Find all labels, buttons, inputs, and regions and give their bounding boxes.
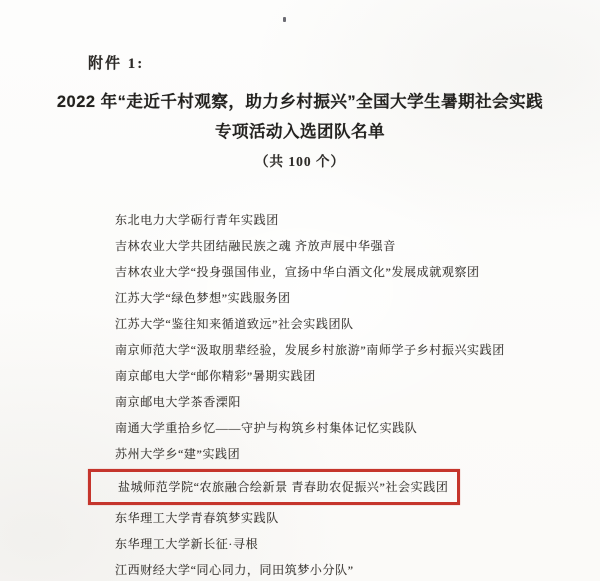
team-name: 南京邮电大学“邮你精彩”暑期实践团 [115, 369, 316, 383]
team-list-item: 苏州大学乡“建”实践团 [115, 441, 580, 467]
scan-artifact-dot [283, 17, 286, 22]
document-title-line1: 2022 年“走近千村观察，助力乡村振兴”全国大学生暑期社会实践 [0, 88, 600, 112]
team-name: 苏州大学乡“建”实践团 [115, 447, 240, 461]
team-list-item: 东华理工大学青春筑梦实践队 [115, 505, 580, 531]
team-name: 东华理工大学青春筑梦实践队 [115, 511, 279, 525]
team-list-item: 吉林农业大学“投身强国伟业，宣扬中华白酒文化”发展成就观察团 [115, 259, 580, 285]
team-name: 南通大学重拾乡忆——守护与构筑乡村集体记忆实践队 [115, 421, 417, 435]
team-list-item: 江苏大学“绿色梦想”实践服务团 [115, 285, 580, 311]
team-list-item: 东北电力大学砺行青年实践团 [115, 207, 580, 233]
team-list-item: 南京师范大学“汲取朋辈经验，发展乡村旅游”南师学子乡村振兴实践团 [115, 337, 580, 363]
team-name: 南京师范大学“汲取朋辈经验，发展乡村旅游”南师学子乡村振兴实践团 [115, 343, 505, 357]
team-name: 东华理工大学新长征·寻根 [115, 537, 258, 551]
team-list: 东北电力大学砺行青年实践团 吉林农业大学共团结融民族之魂 齐放声展中华强音 吉林… [115, 207, 580, 581]
team-list-item: 吉林农业大学共团结融民族之魂 齐放声展中华强音 [115, 233, 580, 259]
team-list-item-highlighted: 盐城师范学院“农旅融合绘新景 青春助农促振兴”社会实践团 [115, 467, 580, 505]
team-name: 江苏大学“绿色梦想”实践服务团 [115, 291, 291, 305]
team-name: 南京邮电大学茶香溧阳 [115, 395, 241, 409]
team-count-note: （共 100 个） [0, 150, 600, 170]
team-name: 江苏大学“鉴往知来循道致远”社会实践团队 [115, 317, 354, 331]
team-name: 盐城师范学院“农旅融合绘新景 青春助农促振兴”社会实践团 [118, 480, 448, 494]
team-list-item: 东华理工大学新长征·寻根 [115, 531, 580, 557]
team-list-item: 江西财经大学“同心同力，同田筑梦小分队” [115, 557, 580, 581]
attachment-label: 附件 1: [88, 52, 144, 73]
team-list-item: 江苏大学“鉴往知来循道致远”社会实践团队 [115, 311, 580, 337]
team-name: 吉林农业大学“投身强国伟业，宣扬中华白酒文化”发展成就观察团 [115, 265, 480, 279]
team-list-item: 南京邮电大学“邮你精彩”暑期实践团 [115, 363, 580, 389]
team-list-item: 南通大学重拾乡忆——守护与构筑乡村集体记忆实践队 [115, 415, 580, 441]
highlight-box: 盐城师范学院“农旅融合绘新景 青春助农促振兴”社会实践团 [88, 469, 460, 505]
document-page: 附件 1: 2022 年“走近千村观察，助力乡村振兴”全国大学生暑期社会实践 专… [0, 0, 600, 581]
team-name: 江西财经大学“同心同力，同田筑梦小分队” [115, 563, 354, 577]
team-name: 吉林农业大学共团结融民族之魂 齐放声展中华强音 [115, 239, 396, 253]
team-list-item: 南京邮电大学茶香溧阳 [115, 389, 580, 415]
team-name: 东北电力大学砺行青年实践团 [115, 213, 279, 227]
document-title-line2: 专项活动入选团队名单 [0, 118, 600, 142]
